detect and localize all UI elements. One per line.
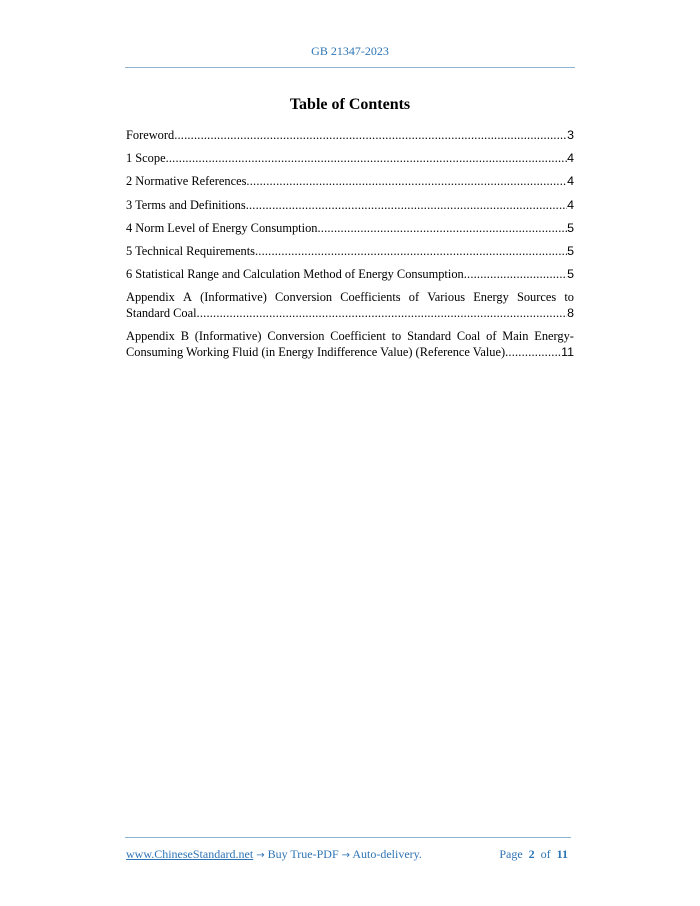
- toc-entry-page: 11: [561, 345, 574, 361]
- arrow-right-icon: →: [342, 850, 350, 861]
- toc-entry-page: 5: [567, 244, 574, 260]
- toc-entry-appendix-b[interactable]: AppendixB(Informative)ConversionCoeffici…: [126, 329, 574, 360]
- total-pages: 11: [557, 847, 568, 861]
- toc-entry-page: 3: [567, 128, 574, 144]
- toc-entry-label: 4 Norm Level of Energy Consumption: [126, 221, 317, 237]
- toc-entry-page: 4: [567, 198, 574, 214]
- arrow-right-icon: →: [256, 850, 264, 861]
- toc-entry-label-line1: AppendixA(Informative)ConversionCoeffici…: [126, 290, 574, 306]
- toc-entry-label: Foreword: [126, 128, 174, 144]
- toc-entry-normative-references[interactable]: 2 Normative References 4: [126, 174, 574, 190]
- page-label: Page: [499, 847, 522, 861]
- toc-entry-page: 5: [567, 221, 574, 237]
- toc-entry-label-line1: AppendixB(Informative)ConversionCoeffici…: [126, 329, 574, 345]
- toc-entry-page: 5: [567, 267, 574, 283]
- table-of-contents: Foreword 3 1 Scope 4 2 Normative Referen…: [126, 128, 574, 368]
- dot-leader: [174, 128, 567, 144]
- dot-leader: [255, 244, 567, 260]
- of-label: of: [541, 847, 551, 861]
- dot-leader: [197, 306, 568, 322]
- page-footer: www.ChineseStandard.net → Buy True-PDF →…: [126, 847, 572, 862]
- toc-entry-page: 4: [567, 151, 574, 167]
- dot-leader: [505, 345, 561, 361]
- toc-entry-appendix-a[interactable]: AppendixA(Informative)ConversionCoeffici…: [126, 290, 574, 321]
- toc-entry-label-line2: Standard Coal: [126, 306, 197, 322]
- toc-entry-page: 8: [567, 306, 574, 322]
- dot-leader: [464, 267, 567, 283]
- header-divider: [125, 67, 575, 68]
- toc-entry-label: 6 Statistical Range and Calculation Meth…: [126, 267, 464, 283]
- toc-entry-statistical-range[interactable]: 6 Statistical Range and Calculation Meth…: [126, 267, 574, 283]
- toc-entry-norm-level[interactable]: 4 Norm Level of Energy Consumption 5: [126, 221, 574, 237]
- toc-entry-label-line2: Consuming Working Fluid (in Energy Indif…: [126, 345, 505, 361]
- current-page: 2: [529, 847, 535, 861]
- toc-entry-label: 5 Technical Requirements: [126, 244, 255, 260]
- chinese-standard-link[interactable]: www.ChineseStandard.net: [126, 847, 253, 861]
- toc-title: Table of Contents: [0, 96, 700, 114]
- document-page: GB 21347-2023 Table of Contents Foreword…: [0, 0, 700, 906]
- toc-entry-label: 3 Terms and Definitions: [126, 198, 246, 214]
- toc-entry-technical-requirements[interactable]: 5 Technical Requirements 5: [126, 244, 574, 260]
- buy-true-pdf-text: Buy True-PDF: [265, 847, 342, 861]
- dot-leader: [246, 174, 567, 190]
- footer-divider: [125, 837, 571, 838]
- page-indicator: Page 2 of 11: [499, 847, 568, 862]
- toc-entry-foreword[interactable]: Foreword 3: [126, 128, 574, 144]
- toc-entry-scope[interactable]: 1 Scope 4: [126, 151, 574, 167]
- toc-entry-label: 1 Scope: [126, 151, 166, 167]
- document-code: GB 21347-2023: [0, 44, 700, 59]
- dot-leader: [317, 221, 567, 237]
- toc-entry-page: 4: [567, 174, 574, 190]
- dot-leader: [246, 198, 567, 214]
- toc-entry-terms-definitions[interactable]: 3 Terms and Definitions 4: [126, 198, 574, 214]
- auto-delivery-text: Auto-delivery.: [350, 847, 422, 861]
- toc-entry-label: 2 Normative References: [126, 174, 246, 190]
- dot-leader: [166, 151, 568, 167]
